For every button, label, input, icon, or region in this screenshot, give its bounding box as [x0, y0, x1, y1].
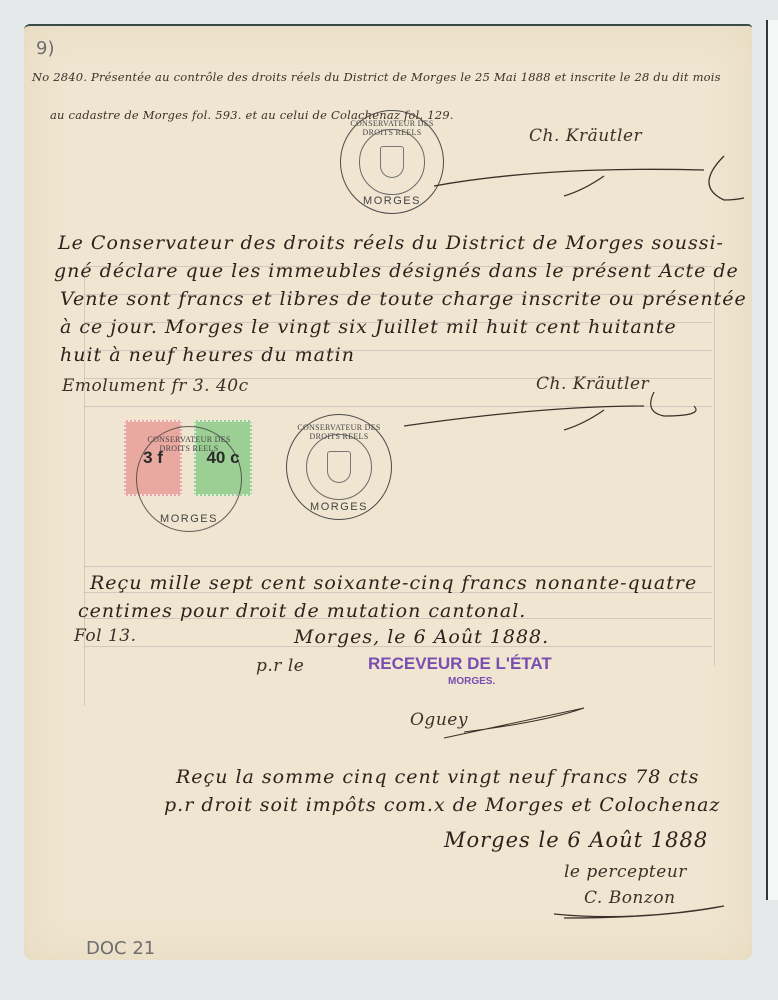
crest-icon: [380, 146, 404, 178]
archive-label: DOC 21: [86, 938, 155, 959]
declaration-line-1: Le Conservateur des droits réels du Dist…: [58, 232, 724, 254]
header-signature: Ch. Kräutler: [529, 126, 642, 146]
header-line-1: No 2840. Présentée au contrôle des droit…: [32, 70, 721, 84]
corner-note: 9): [36, 38, 54, 59]
emolument: Emolument fr 3. 40c: [62, 376, 249, 396]
cantonal-signature: Oguey: [410, 710, 468, 730]
signature-flourish-icon: [424, 146, 744, 206]
declaration-signature: Ch. Kräutler: [536, 374, 649, 394]
conservateur-seal-middle: CONSERVATEUR DES DROITS REELS MORGES: [286, 414, 392, 520]
declaration-line-2: gné déclare que les immeubles désignés d…: [54, 260, 739, 282]
communal-place-date: Morges le 6 Août 1888: [444, 828, 708, 852]
cantonal-line-1: Reçu mille sept cent soixante-cinq franc…: [90, 572, 697, 594]
cancel-seal: CONSERVATEUR DES DROITS REELS MORGES: [136, 426, 242, 532]
document-page: 9) No 2840. Présentée au contrôle des dr…: [24, 24, 752, 960]
crest-icon: [327, 451, 351, 483]
receveur-stamp-sub: MORGES.: [448, 676, 495, 687]
conservateur-seal-top: CONSERVATEUR DES DROITS REELS MORGES: [340, 110, 444, 214]
declaration-line-3: Vente sont francs et libres de toute cha…: [60, 288, 747, 310]
folio: Fol 13.: [74, 626, 136, 646]
communal-line-2: p.r droit soit impôts com.x de Morges et…: [164, 794, 720, 816]
cantonal-place-date: Morges, le 6 Août 1888.: [294, 626, 549, 648]
receveur-stamp-title: RECEVEUR DE L'ÉTAT: [368, 654, 552, 674]
percepteur-role: le percepteur: [564, 862, 687, 882]
page-edge: [766, 20, 778, 900]
communal-signature: C. Bonzon: [584, 888, 676, 908]
per-text: p.r le: [256, 656, 304, 676]
declaration-line-4: à ce jour. Morges le vingt six Juillet m…: [60, 316, 677, 338]
declaration-line-5: huit à neuf heures du matin: [60, 344, 355, 366]
cantonal-line-2: centimes pour droit de mutation cantonal…: [78, 600, 526, 622]
communal-line-1: Reçu la somme cinq cent vingt neuf franc…: [176, 766, 699, 788]
